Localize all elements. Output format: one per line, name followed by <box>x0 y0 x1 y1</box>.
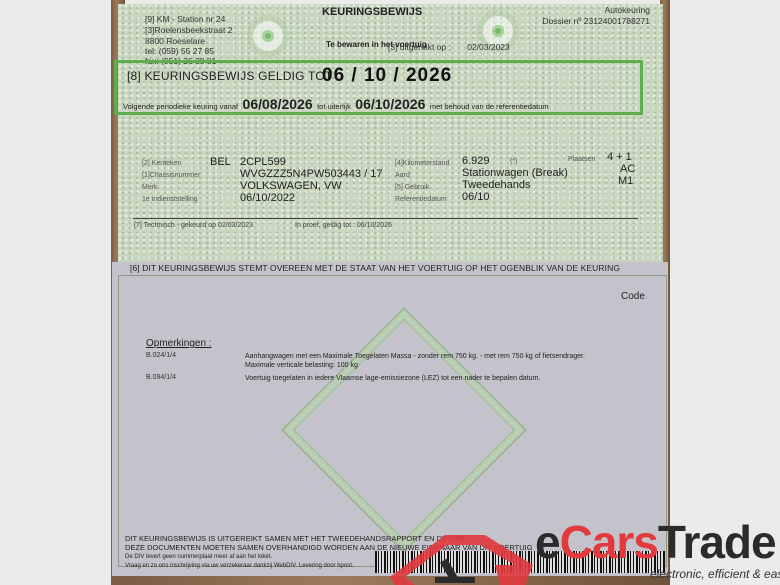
dossier-number: Dossier nº 23124001788271 <box>542 16 650 27</box>
trial-valid-note: In proef, geldig tot : 06/10/2026 <box>295 222 392 229</box>
chassis-number: WVGZZZ5N4PW503443 / 17 <box>240 168 382 180</box>
car-roof-icon <box>385 527 535 585</box>
km-label: [4]Kilometerstand <box>395 160 449 167</box>
brand-wordmark: eCarsTrade <box>535 515 776 569</box>
next-until-date: 06/10/2026 <box>355 96 425 112</box>
class-m1: M1 <box>618 175 633 187</box>
next-suffix: met behoud van de referentiedatum <box>430 102 549 111</box>
document-title: KEURINGSBEWIJS <box>322 6 422 18</box>
next-prefix: Volgende periodieke keuring vanaf <box>123 102 238 111</box>
license-plate: 2CPL599 <box>240 156 286 168</box>
remark-code: B.094/1/4 <box>146 374 176 381</box>
validity-box: [8] KEURINGSBEWIJS GELDIG TOT : 06 / 10 … <box>114 60 643 115</box>
first-registration-date: 06/10/2022 <box>240 192 295 204</box>
gebruik-label: [5] Gebruik <box>395 184 429 191</box>
brand-e: e <box>535 516 560 568</box>
brand: VOLKSWAGEN, VW <box>240 180 342 192</box>
first-registration-label: 1e indienststelling <box>142 196 198 203</box>
km-note: (*) <box>510 158 517 165</box>
remark-text: Aanhangwagen met een Maximale Toegelaten… <box>245 352 585 361</box>
remark-text-line2: Maximale verticale belasting: 100 kg <box>245 361 358 370</box>
divider <box>133 218 638 219</box>
remark-code: B.024/1/4 <box>146 352 176 359</box>
reference-date-label: Referentiedatum <box>395 196 447 203</box>
technical-inspection-note: [7] Technisch - gekeurd op 02/03/2023 <box>134 222 253 229</box>
seats-label: Plaatsen <box>568 156 595 163</box>
remark-text: Voertuig toegelaten in iedere Vlaamse la… <box>245 374 540 383</box>
remarks-title: Opmerkingen : <box>146 338 212 349</box>
footer-small-1: De DIV levert geen nummerplaat meer af a… <box>125 554 272 560</box>
issued-label: [3] uitgereikt op : <box>388 42 451 52</box>
code-header: Code <box>621 291 645 302</box>
next-mid: tot uiterlijk <box>317 102 351 111</box>
validity-date: 06 / 10 / 2026 <box>322 65 452 87</box>
station-address: [3]Roelensbeekstraat 2 <box>145 25 232 36</box>
validity-label: [8] KEURINGSBEWIJS GELDIG TOT : <box>127 69 339 83</box>
autokeuring-label: Autokeuring <box>542 5 650 16</box>
section6-title: [6] DIT KEURINGSBEWIJS STEMT OVEREEN MET… <box>130 263 620 273</box>
kenteken-label: [2] Kenteken <box>142 160 181 167</box>
station-name: [9] KM - Station nr 24 <box>145 14 225 25</box>
country-code: BEL <box>210 156 231 168</box>
aard-label: Aard <box>395 172 410 179</box>
odometer: 6.929 <box>462 155 490 167</box>
next-from-date: 06/08/2026 <box>243 96 313 112</box>
issued-line: [3] uitgereikt op : 02/03/2023 <box>388 42 510 52</box>
eye-emblem-icon <box>253 21 283 51</box>
dossier-block: Autokeuring Dossier nº 23124001788271 <box>542 5 650 27</box>
next-inspection-line: Volgende periodieke keuring vanaf 06/08/… <box>123 96 549 114</box>
seats: 4 + 1 <box>607 151 632 163</box>
body-type: Stationwagen (Break) <box>462 167 568 179</box>
brand-trade: Trade <box>658 516 776 568</box>
footer-small-2: Vraag en zo ons inschrijving via uw verz… <box>125 563 354 569</box>
class-ac: AC <box>620 163 635 175</box>
issued-date: 02/03/2023 <box>467 42 510 52</box>
reference-date: 06/10 <box>462 191 490 203</box>
usage: Tweedehands <box>462 179 531 191</box>
brand-cars: Cars <box>560 516 658 568</box>
brand-tagline: electronic, efficient & easy <box>650 567 780 581</box>
merk-label: Merk <box>142 184 158 191</box>
ecarstrade-logo: eCarsTrade electronic, efficient & easy <box>385 527 780 585</box>
chassis-label: [1]Chassisnummer <box>142 172 200 179</box>
